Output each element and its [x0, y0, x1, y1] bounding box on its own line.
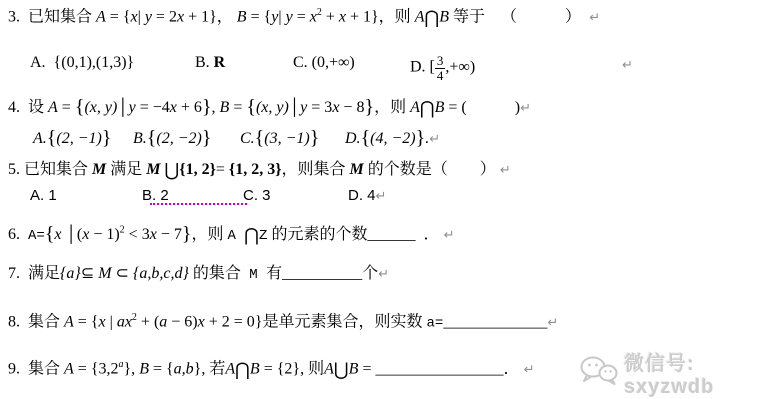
watermark-label: 微信号: sxyzwdb	[624, 347, 782, 399]
question-3-option-d: D. [34,+∞)	[410, 54, 475, 82]
question-4-options: A.{(2, −1)} B.{(2, −2)} C.{(3, −1)} D.{(…	[0, 127, 782, 153]
question-4-option-a: A.{(2, −1)}	[33, 127, 111, 150]
question-3-option-a: A. {(0,1),(1,3)}	[30, 54, 134, 72]
paragraph-return-icon: ↵	[622, 56, 633, 74]
question-3-stem: 3. 已知集合 A = {x| y = 2x + 1}， B = {y| y =…	[8, 6, 600, 30]
wechat-icon	[579, 355, 619, 392]
grammar-check-underline	[150, 203, 247, 205]
question-8-stem: 8. 集合 A = {x | ax2 + (a − 6)x + 2 = 0}是单…	[8, 311, 558, 333]
question-3-option-c: C. (0,+∞)	[293, 54, 355, 72]
question-5-option-c: C. 3	[243, 187, 271, 205]
question-9-stem: 9. 集合 A = {3,2a}, B = {a,b}, 若A⋂B = {2},…	[8, 358, 535, 382]
wechat-watermark: 微信号: sxyzwdb	[579, 347, 782, 399]
question-4-option-d: D.{(4, −2)}.↵	[345, 127, 440, 150]
question-5-option-d: D. 4↵	[348, 187, 386, 205]
question-5-stem: 5. 已知集合 M 满足 M ⋃{1, 2}= {1, 2, 3}，则集合 M …	[8, 159, 511, 182]
question-4-stem: 4. 设 A = {(x, y)│y = −4x + 6}, B = {(x, …	[8, 94, 531, 120]
question-4-option-b: B.{(2, −2)}	[133, 127, 211, 150]
question-5-options: A. 1 B. 2 C. 3 D. 4↵	[0, 187, 782, 213]
question-6-stem: 6. A={x │(x − 1)2 < 3x − 7}，则 A ⋂Z 的元素的个…	[8, 221, 455, 247]
question-3-option-b: B. R	[195, 54, 225, 72]
question-5-option-a: A. 1	[30, 187, 57, 205]
worksheet-page: 3. 已知集合 A = {x| y = 2x + 1}， B = {y| y =…	[0, 0, 782, 399]
question-7-stem: 7. 满足{a}⊆ M ⊂ {a,b,c,d} 的集合 M 有_________…	[8, 264, 389, 285]
question-4-option-c: C.{(3, −1)}	[240, 127, 319, 150]
question-3-options: A. {(0,1),(1,3)} B. R C. (0,+∞) D. [34,+…	[0, 48, 782, 86]
